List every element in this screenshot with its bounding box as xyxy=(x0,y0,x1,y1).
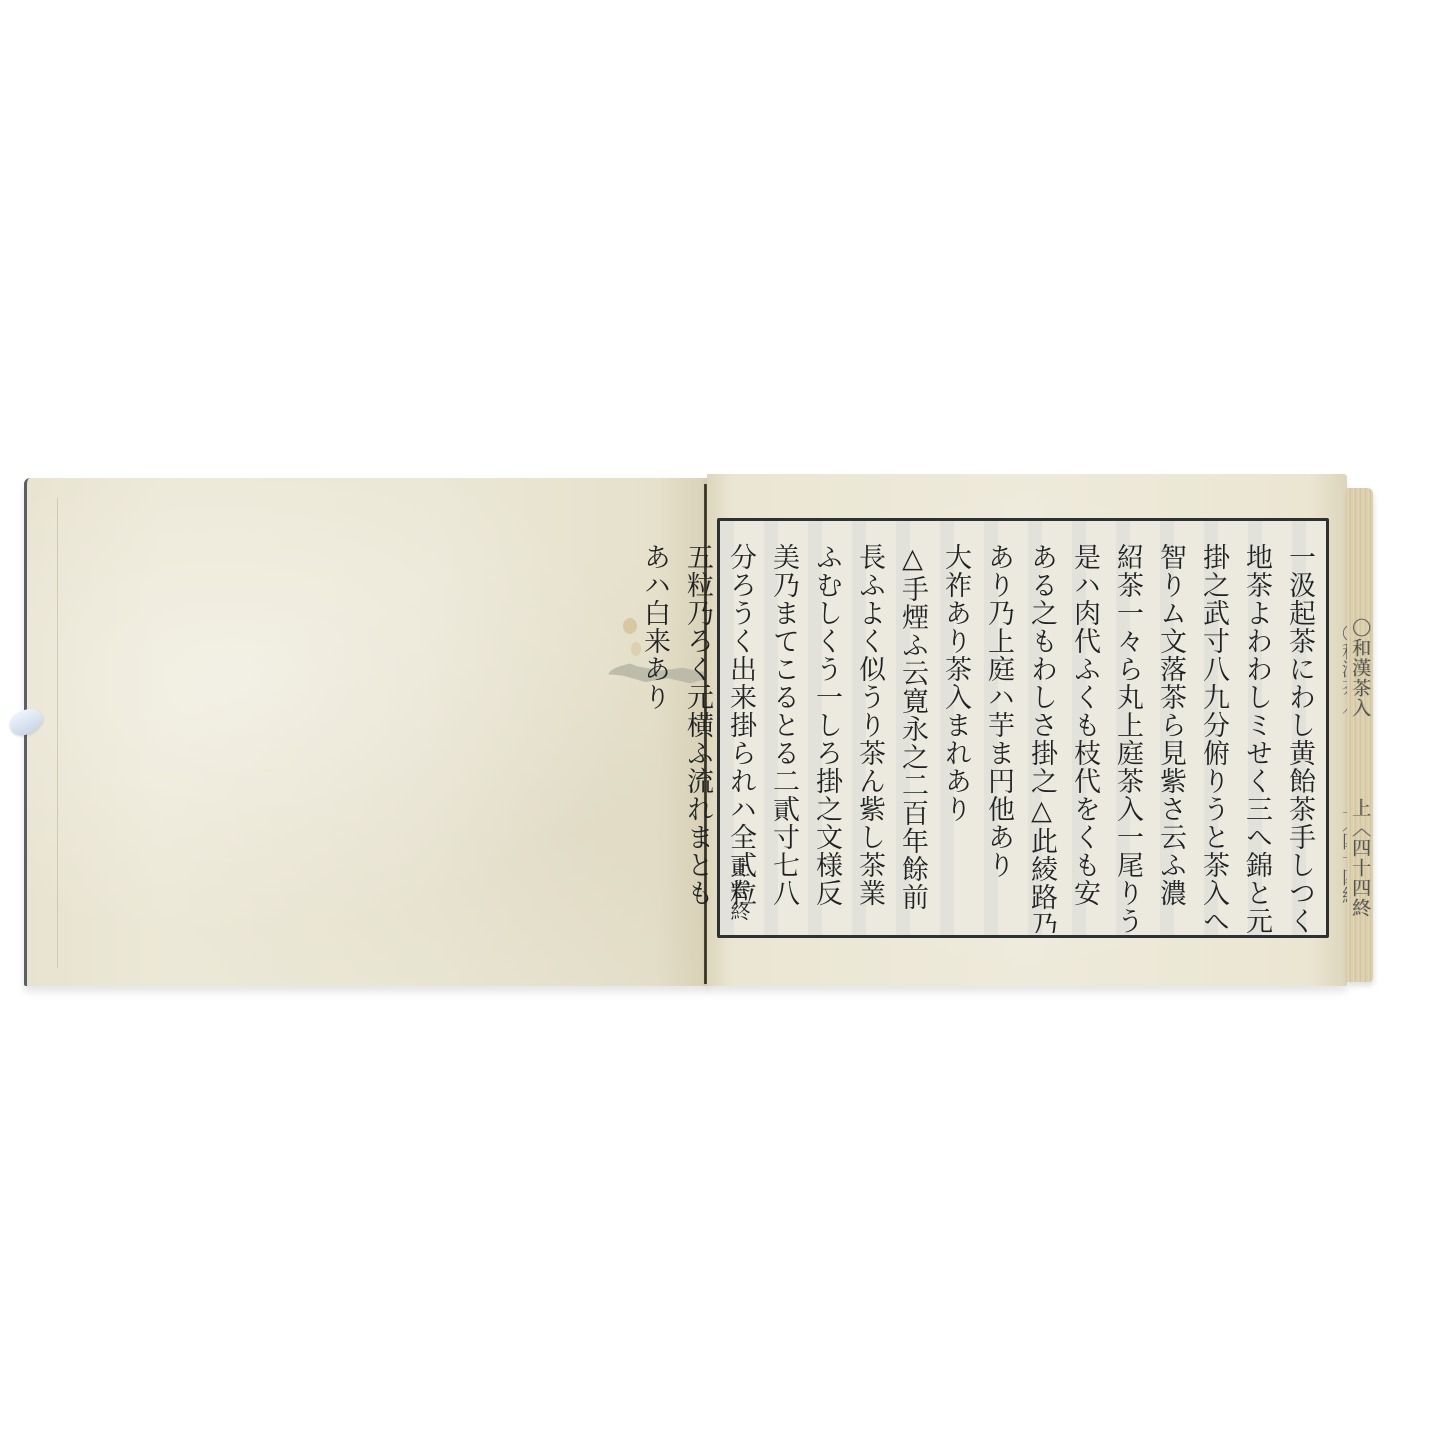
page-crease xyxy=(57,498,58,968)
text-column: 智りム文落茶ら見紫さ云ふ濃 xyxy=(1154,543,1187,933)
text-column: 是ハ肉代ふくも枝代をくも安 xyxy=(1068,543,1101,933)
text-column: 大祚あり茶入まれあり xyxy=(939,543,972,933)
text-column: 一汲起茶にわし黄飴茶手しつく xyxy=(1283,543,1316,933)
open-book: 一汲起茶にわし黄飴茶手しつく 地茶よわわしミせく三へ錦と元まて 掛之武寸八九分俯… xyxy=(18,474,1358,994)
printed-text-frame: 一汲起茶にわし黄飴茶手しつく 地茶よわわしミせく三へ錦と元まて 掛之武寸八九分俯… xyxy=(717,518,1329,938)
text-column: 美乃まてこるとる二貳寸七八 xyxy=(767,543,800,933)
text-column: あり乃上庭ハ芋ま円他あり xyxy=(982,543,1015,933)
volume-end-marker: 上巻終 xyxy=(728,857,750,923)
text-column: 地茶よわわしミせく三へ錦と元まて xyxy=(1240,543,1273,933)
text-column: △手煙ふ云寛永之二百年餘前 xyxy=(896,543,929,933)
text-column: 紹茶一々ら丸上庭茶入一尾りう二 xyxy=(1111,543,1144,933)
text-column: ふむしくう一しろ掛之文様反 xyxy=(810,543,843,933)
text-column: 長ふよく似うり茶ん紫し茶業 xyxy=(853,543,886,933)
fore-edge-folio-smudge: 上〈四十四終 xyxy=(1349,798,1371,918)
right-page-text: 一汲起茶にわし黄飴茶手しつく 地茶よわわしミせく三へ錦と元まて 掛之武寸八九分俯… xyxy=(707,474,1347,986)
book-fore-edge: 〇和漢茶入 上〈四十四終 xyxy=(1347,488,1373,982)
text-column: 掛之武寸八九分俯りうと茶入へ二玉 xyxy=(1197,543,1230,933)
text-column: 五粒乃ろく元横ふ流れまとも xyxy=(681,543,714,933)
text-column: あハ白来あり xyxy=(638,543,671,933)
left-page-blank xyxy=(24,478,709,986)
fore-edge-title-smudge: 〇和漢茶入 xyxy=(1349,618,1371,718)
bookmark-ribbon xyxy=(6,704,47,740)
foxing-spot xyxy=(623,618,637,634)
text-column: ある之もわしさ掛之△此綾路乃 xyxy=(1025,543,1058,933)
